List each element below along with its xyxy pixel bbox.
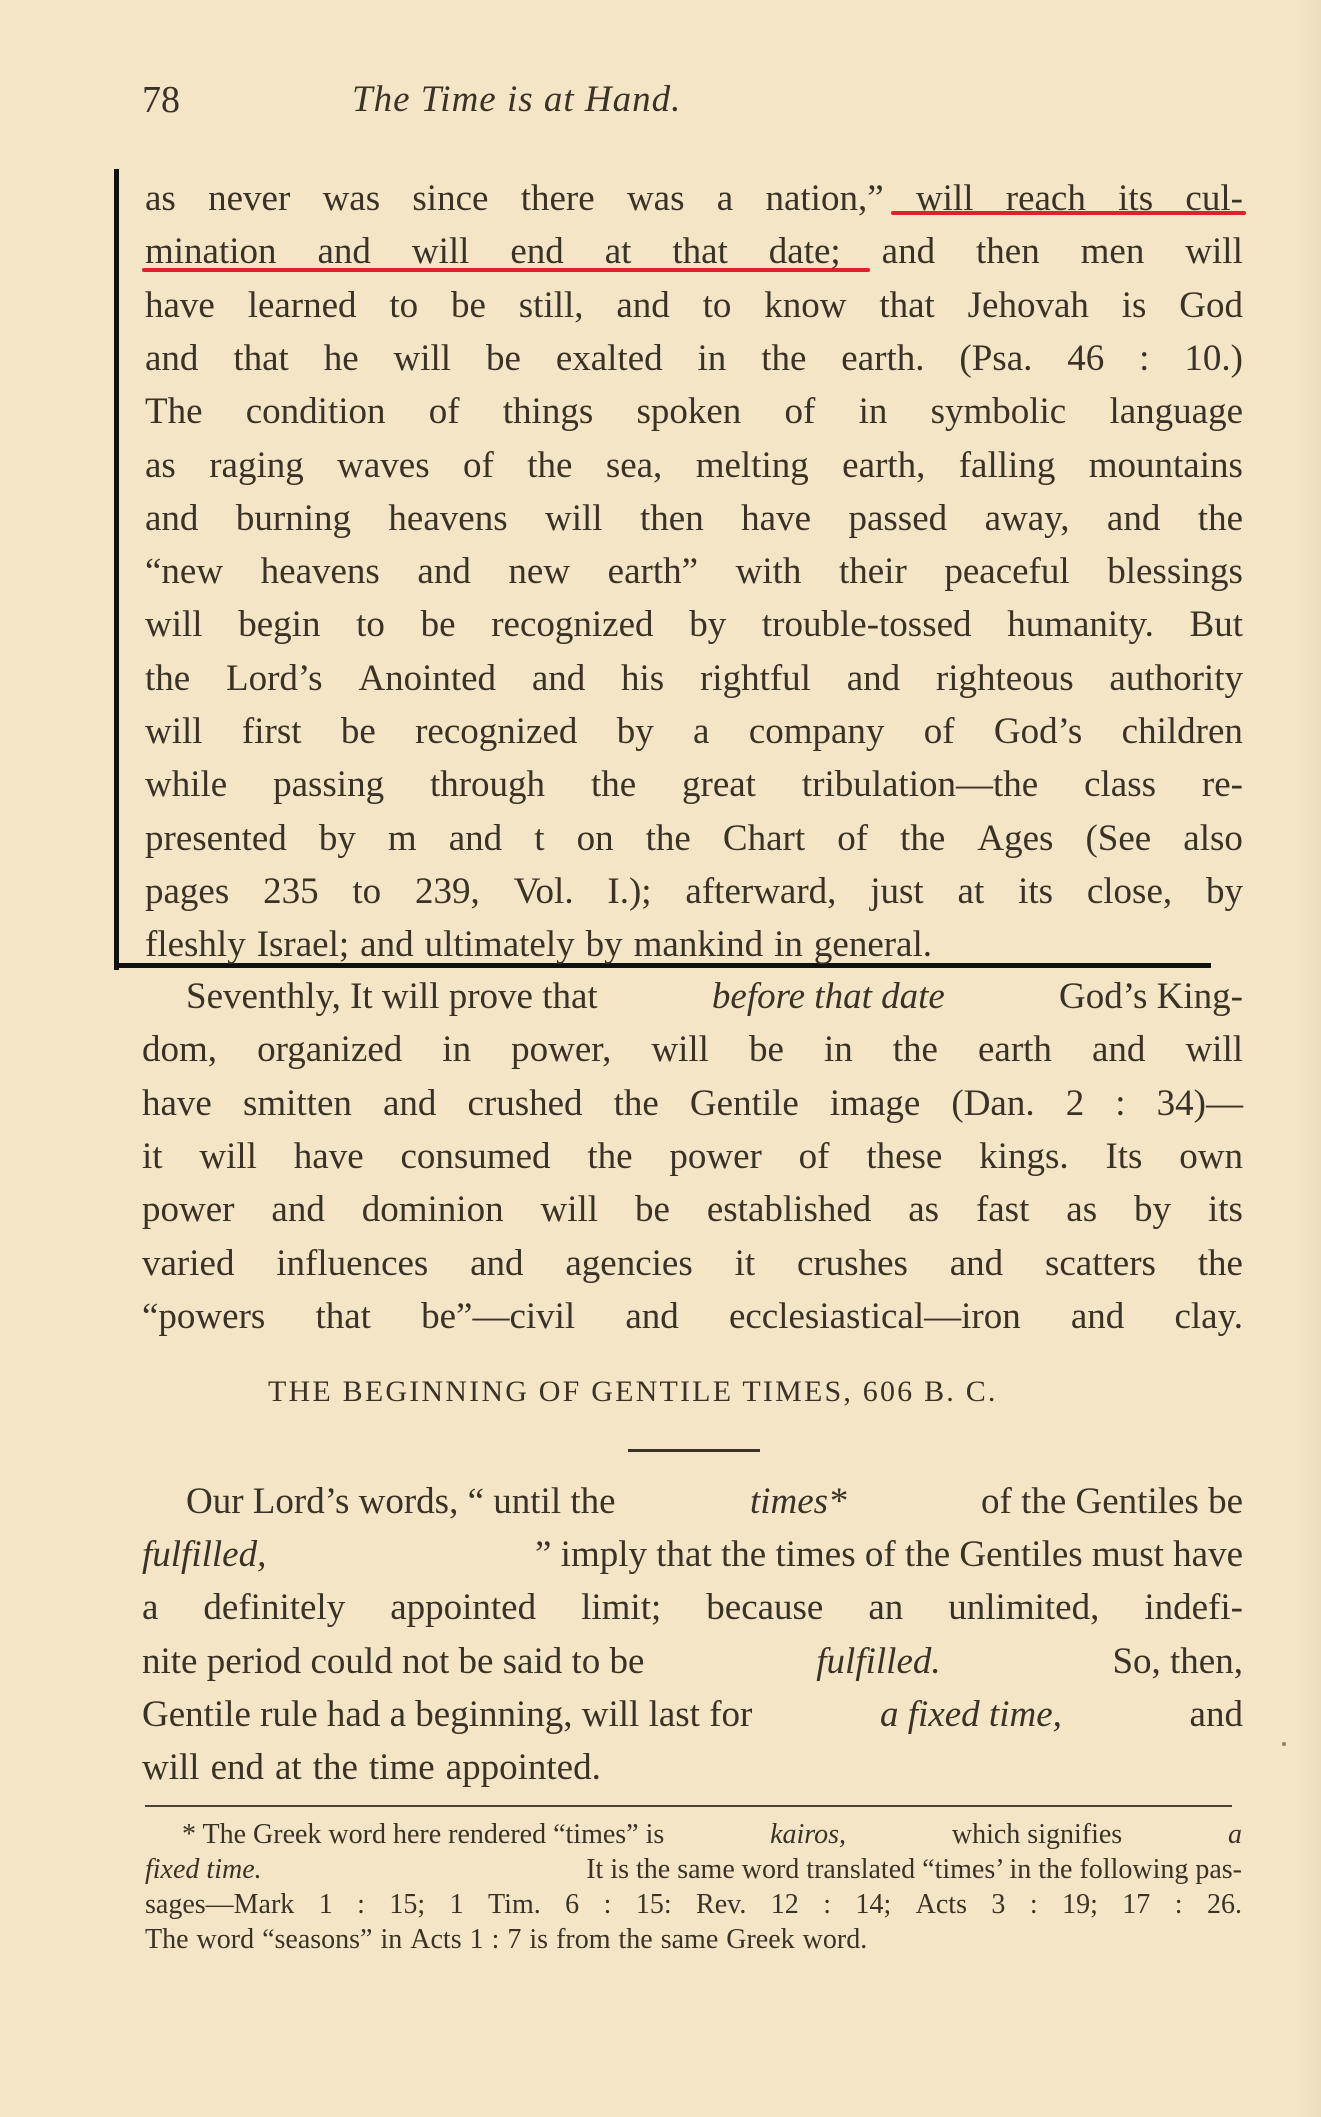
word: will xyxy=(199,1130,257,1184)
text-line: andthathewillbeexaltedintheearth.(Psa.46… xyxy=(145,332,1243,386)
word: Chart xyxy=(723,812,805,866)
word: earth, xyxy=(842,439,925,493)
text-run: and xyxy=(1190,1688,1243,1742)
word: condition xyxy=(246,385,386,439)
word: will xyxy=(541,1183,599,1237)
word: “seasons” xyxy=(262,1922,372,1958)
word: earth. xyxy=(841,332,924,386)
word: be xyxy=(421,598,456,652)
text-line: adefinitelyappointedlimit;becauseanunlim… xyxy=(142,1581,1243,1635)
word: have xyxy=(294,1130,364,1184)
word: 7 xyxy=(507,1922,521,1958)
word: Ages xyxy=(977,812,1053,866)
word: earth” xyxy=(608,545,698,599)
word: date; xyxy=(769,225,841,279)
word: Rev. xyxy=(696,1887,746,1923)
text-line: Seventhly, It will prove that before tha… xyxy=(186,970,1243,1024)
word: be xyxy=(635,1183,670,1237)
word: t xyxy=(534,812,544,866)
word: : xyxy=(1115,1077,1125,1131)
word: : xyxy=(823,1887,831,1923)
section-divider-rule xyxy=(628,1449,760,1452)
word: heavens xyxy=(261,545,380,599)
word: own xyxy=(1179,1130,1243,1184)
word: still, xyxy=(519,279,584,333)
word: mountains xyxy=(1089,439,1243,493)
word: close, xyxy=(1087,865,1172,919)
word: recognized xyxy=(491,598,653,652)
word: reach xyxy=(1006,172,1086,226)
word: varied xyxy=(142,1237,234,1291)
word: be xyxy=(749,1023,784,1077)
word: of xyxy=(799,1130,830,1184)
word: dom, xyxy=(142,1023,217,1077)
paper-speck xyxy=(1282,1742,1286,1746)
text-line: fulfilled, ” imply that the times of the… xyxy=(142,1528,1243,1582)
word: Acts xyxy=(410,1922,461,1958)
word: 235 xyxy=(263,865,319,919)
word: and xyxy=(317,225,370,279)
word: will xyxy=(1185,1023,1243,1077)
text-line: pages235to239,Vol.I.);afterward,justatit… xyxy=(145,865,1243,919)
word: limit; xyxy=(581,1581,661,1635)
word: 26. xyxy=(1207,1887,1242,1923)
word: pages xyxy=(145,865,229,919)
word: 14; xyxy=(855,1887,891,1923)
word: sages—Mark xyxy=(145,1887,294,1923)
word: at xyxy=(275,1741,302,1795)
bracket-annotation-vertical xyxy=(114,169,119,970)
word: company xyxy=(749,705,885,759)
text-run: nite period could not be said to be xyxy=(142,1635,644,1689)
word: : xyxy=(1030,1887,1038,1923)
word: at xyxy=(958,865,985,919)
word: since xyxy=(412,172,488,226)
word: the xyxy=(313,1741,358,1795)
word: end xyxy=(211,1741,264,1795)
word: will xyxy=(142,1741,200,1795)
word: that xyxy=(315,1290,370,1344)
word: to xyxy=(703,279,732,333)
italic-emphasis: a xyxy=(1228,1817,1242,1853)
word: fleshly xyxy=(145,918,246,972)
text-line: asragingwavesofthesea,meltingearth,falli… xyxy=(145,439,1243,493)
section-heading: THE BEGINNING OF GENTILE TIMES, 606 B. C… xyxy=(268,1372,998,1412)
text-line: variedinfluencesandagenciesitcrushesands… xyxy=(142,1237,1243,1291)
word: 19; xyxy=(1062,1887,1098,1923)
word: will xyxy=(651,1023,709,1077)
word: the xyxy=(527,439,572,493)
text-line: willfirstberecognizedbyacompanyofGod’sch… xyxy=(145,705,1243,759)
word: was xyxy=(627,172,685,226)
word: will xyxy=(394,332,452,386)
word: that xyxy=(233,332,288,386)
text-line: “newheavensandnewearth”withtheirpeaceful… xyxy=(145,545,1243,599)
word: to xyxy=(352,865,381,919)
word: will xyxy=(1185,225,1243,279)
word: an xyxy=(868,1581,903,1635)
word: raging xyxy=(209,439,304,493)
word: through xyxy=(430,758,545,812)
word: begin xyxy=(238,598,320,652)
word: God’s xyxy=(994,705,1082,759)
word: 1 xyxy=(470,1922,484,1958)
word: its xyxy=(1018,865,1053,919)
word: the xyxy=(1198,492,1243,546)
word: in xyxy=(774,918,803,972)
word: crushed xyxy=(467,1077,582,1131)
page-edge-shadow xyxy=(1299,0,1321,2117)
word: men xyxy=(1081,225,1145,279)
word: then xyxy=(640,492,704,546)
page-number: 78 xyxy=(142,78,180,122)
word: But xyxy=(1190,598,1243,652)
word: the xyxy=(900,812,945,866)
word: by xyxy=(319,812,356,866)
word: dominion xyxy=(362,1183,504,1237)
word: authority xyxy=(1109,652,1243,706)
text-line: willbegintoberecognizedbytrouble-tossedh… xyxy=(145,598,1243,652)
word: clay. xyxy=(1174,1290,1242,1344)
word: because xyxy=(706,1581,823,1635)
word: and xyxy=(1107,492,1160,546)
word: smitten xyxy=(243,1077,352,1131)
word: it xyxy=(142,1130,163,1184)
text-line: andburningheavenswillthenhavepassedaway,… xyxy=(145,492,1243,546)
word: that xyxy=(672,225,727,279)
word: peaceful xyxy=(944,545,1069,599)
word: the xyxy=(591,758,636,812)
word: general. xyxy=(814,918,932,972)
word: the xyxy=(646,812,691,866)
text-line: poweranddominionwillbeestablishedasfasta… xyxy=(142,1183,1243,1237)
footnote-line: Theword“seasons”inActs1:7isfromthesameGr… xyxy=(145,1922,1242,1958)
word: Vol. xyxy=(514,865,574,919)
word: never xyxy=(208,172,290,226)
word: Anointed xyxy=(358,652,496,706)
word: word xyxy=(197,1922,255,1958)
word: earth xyxy=(978,1023,1052,1077)
text-line: nite period could not be said to be fulf… xyxy=(142,1635,1243,1689)
word: : xyxy=(1175,1887,1183,1923)
text-line: Theconditionofthingsspokenofinsymbolicla… xyxy=(145,385,1243,439)
word: 15; xyxy=(389,1887,425,1923)
word: humanity. xyxy=(1007,598,1154,652)
word: the xyxy=(893,1023,938,1077)
word: of xyxy=(429,385,460,439)
word: and xyxy=(145,332,198,386)
word: afterward, xyxy=(685,865,836,919)
word: first xyxy=(242,705,302,759)
text-run: of the Gentiles be xyxy=(981,1475,1243,1529)
word: and xyxy=(470,1237,523,1291)
word: will xyxy=(545,492,603,546)
word: from xyxy=(556,1922,610,1958)
word: agencies xyxy=(565,1237,692,1291)
footnote-rule xyxy=(145,1805,1232,1807)
word: in xyxy=(442,1023,471,1077)
word: and xyxy=(383,1077,436,1131)
word: have xyxy=(145,279,215,333)
text-line: presentedbymandtontheChartoftheAges(Seea… xyxy=(145,812,1243,866)
word: unlimited, xyxy=(948,1581,1099,1635)
word: “new xyxy=(145,545,223,599)
text-run: It is the same word translated “times’ i… xyxy=(586,1852,1242,1888)
word: 46 xyxy=(1067,332,1104,386)
word: the xyxy=(1198,1237,1243,1291)
word: these xyxy=(866,1130,942,1184)
text-line: “powersthatbe”—civilandecclesiastical—ir… xyxy=(142,1290,1243,1344)
word: is xyxy=(529,1922,548,1958)
word: waves xyxy=(337,439,429,493)
word: the xyxy=(145,652,190,706)
word: in xyxy=(380,1922,402,1958)
word: with xyxy=(736,545,802,599)
word: the xyxy=(614,1077,659,1131)
word: cul- xyxy=(1185,172,1243,226)
word: of xyxy=(785,385,816,439)
text-line: whilepassingthroughthegreattribulation—t… xyxy=(145,758,1243,812)
text-run: So, then, xyxy=(1112,1635,1243,1689)
word: things xyxy=(503,385,593,439)
word: and xyxy=(449,812,502,866)
word: be xyxy=(486,332,521,386)
word: I.); xyxy=(607,865,651,919)
word: of xyxy=(924,705,955,759)
word: was xyxy=(323,172,381,226)
word: will xyxy=(412,225,470,279)
word: 12 xyxy=(771,1887,799,1923)
word: by xyxy=(617,705,654,759)
word: he xyxy=(324,332,359,386)
word: 2 xyxy=(1066,1077,1085,1131)
word: learned xyxy=(248,279,357,333)
text-run: Gentile rule had a beginning, will last … xyxy=(142,1688,752,1742)
word: The xyxy=(145,385,203,439)
text-line: itwillhaveconsumedthepowerofthesekings.I… xyxy=(142,1130,1243,1184)
word: recognized xyxy=(415,705,577,759)
word: by xyxy=(1134,1183,1171,1237)
word: 1 xyxy=(319,1887,333,1923)
word: trouble-tossed xyxy=(762,598,972,652)
word: Lord’s xyxy=(226,652,323,706)
word: passing xyxy=(273,758,384,812)
word: be”—civil xyxy=(421,1290,575,1344)
word: to xyxy=(356,598,385,652)
word: organized xyxy=(257,1023,402,1077)
italic-emphasis: before that date xyxy=(712,970,945,1024)
word: : xyxy=(357,1887,365,1923)
word: Gentile xyxy=(690,1077,799,1131)
word: language xyxy=(1109,385,1243,439)
italic-emphasis: fulfilled, xyxy=(142,1528,266,1582)
word: class xyxy=(1084,758,1156,812)
text-line: Gentile rule had a beginning, will last … xyxy=(142,1688,1243,1742)
running-title: The Time is at Hand. xyxy=(352,78,681,121)
word: Jehovah xyxy=(968,279,1089,333)
text-line: asneverwassincetherewasanation,”willreac… xyxy=(145,172,1243,226)
word: by xyxy=(1206,865,1243,919)
text-run: * The Greek word here rendered “times” i… xyxy=(182,1817,664,1853)
word: “powers xyxy=(142,1290,265,1344)
word: 15: xyxy=(636,1887,672,1923)
text-line: fleshlyIsrael;andultimatelybymankindinge… xyxy=(145,918,1243,972)
word: blessings xyxy=(1107,545,1243,599)
word: the xyxy=(761,332,806,386)
word: its xyxy=(1118,172,1153,226)
word: by xyxy=(689,598,726,652)
footnote-line: * The Greek word here rendered “times” i… xyxy=(182,1817,1242,1853)
word: their xyxy=(839,545,907,599)
word: symbolic xyxy=(931,385,1067,439)
text-line: havelearnedtobestill,andtoknowthatJehova… xyxy=(145,279,1243,333)
word: 17 xyxy=(1122,1887,1150,1923)
italic-emphasis: a fixed time, xyxy=(880,1688,1062,1742)
text-run: Seventhly, It will prove that xyxy=(186,970,598,1024)
word: as xyxy=(908,1183,939,1237)
word: image xyxy=(830,1077,920,1131)
word: power xyxy=(142,1183,234,1237)
italic-emphasis: fulfilled. xyxy=(816,1635,940,1689)
word: to xyxy=(389,279,418,333)
footnote-line: fixed time. It is the same word translat… xyxy=(145,1852,1242,1888)
word: crushes xyxy=(797,1237,908,1291)
word: mination xyxy=(145,225,277,279)
word: fast xyxy=(976,1183,1029,1237)
word: 3 xyxy=(991,1887,1005,1923)
word: be xyxy=(341,705,376,759)
word: The xyxy=(145,1922,189,1958)
word: will xyxy=(916,172,974,226)
word: same xyxy=(661,1922,719,1958)
word: 10.) xyxy=(1184,332,1243,386)
word: and xyxy=(625,1290,678,1344)
word: Israel; xyxy=(257,918,349,972)
word: passed xyxy=(848,492,947,546)
word: in xyxy=(859,385,888,439)
word: will xyxy=(145,705,203,759)
word: 34)— xyxy=(1157,1077,1243,1131)
word: word. xyxy=(803,1922,868,1958)
word: as xyxy=(145,172,176,226)
word: then xyxy=(976,225,1040,279)
word: power xyxy=(669,1130,761,1184)
word: its xyxy=(1208,1183,1243,1237)
word: his xyxy=(621,652,664,706)
word: established xyxy=(707,1183,871,1237)
word: and xyxy=(417,545,470,599)
footnote-line: sages—Mark1:15;1Tim.6:15:Rev.12:14;Acts3… xyxy=(145,1887,1242,1923)
italic-emphasis: kairos, xyxy=(770,1817,846,1853)
word: exalted xyxy=(556,332,663,386)
word: (Dan. xyxy=(951,1077,1034,1131)
word: mankind xyxy=(634,918,763,972)
text-line: minationandwillendatthatdate;andthenmenw… xyxy=(145,225,1243,279)
word: Acts xyxy=(916,1887,967,1923)
word: burning xyxy=(236,492,351,546)
word: (Psa. xyxy=(959,332,1032,386)
text-run: which signifies xyxy=(952,1817,1122,1853)
word: and xyxy=(1071,1290,1124,1344)
word: kings. xyxy=(979,1130,1068,1184)
word: falling xyxy=(959,439,1056,493)
word: as xyxy=(1066,1183,1097,1237)
word: power, xyxy=(511,1023,611,1077)
word: righteous xyxy=(936,652,1074,706)
word: there xyxy=(521,172,595,226)
word: appointed. xyxy=(446,1741,601,1795)
word: (See xyxy=(1085,812,1151,866)
word: 6 xyxy=(565,1887,579,1923)
word: Tim. xyxy=(488,1887,541,1923)
word: and xyxy=(950,1237,1003,1291)
word: that xyxy=(879,279,934,333)
word: m xyxy=(388,812,417,866)
word: : xyxy=(604,1887,612,1923)
word: while xyxy=(145,758,227,812)
text-line: dom,organizedinpower,willbeintheearthand… xyxy=(142,1023,1243,1077)
word: in xyxy=(698,332,727,386)
word: indefi- xyxy=(1144,1581,1243,1635)
word: nation,” xyxy=(765,172,883,226)
text-line: havesmittenandcrushedtheGentileimage(Dan… xyxy=(142,1077,1243,1131)
word: a xyxy=(142,1581,158,1635)
word: time xyxy=(369,1741,435,1795)
word: sea, xyxy=(606,439,663,493)
word: away, xyxy=(985,492,1070,546)
word: and xyxy=(360,918,413,972)
word: 1 xyxy=(450,1887,464,1923)
word: end xyxy=(510,225,563,279)
word: children xyxy=(1122,705,1243,759)
word: will xyxy=(145,598,203,652)
word: melting xyxy=(696,439,809,493)
word: and xyxy=(616,279,669,333)
word: and xyxy=(145,492,198,546)
word: as xyxy=(145,439,176,493)
word: scatters xyxy=(1045,1237,1156,1291)
italic-emphasis: fixed time. xyxy=(145,1852,262,1888)
word: a xyxy=(693,705,709,759)
word: of xyxy=(837,812,868,866)
word: new xyxy=(508,545,570,599)
text-run: God’s King- xyxy=(1059,970,1243,1024)
text-run: Our Lord’s words, “ until the xyxy=(186,1475,616,1529)
text-run: ” imply that the times of the Gentiles m… xyxy=(535,1528,1243,1582)
word: the xyxy=(587,1130,632,1184)
word: in xyxy=(824,1023,853,1077)
word: and xyxy=(882,225,935,279)
word: rightful xyxy=(700,652,811,706)
word: definitely xyxy=(203,1581,345,1635)
word: ecclesiastical—iron xyxy=(729,1290,1021,1344)
word: : xyxy=(492,1922,500,1958)
word: 239, xyxy=(415,865,480,919)
word: by xyxy=(586,918,623,972)
text-line: willendatthetimeappointed. xyxy=(142,1741,1243,1795)
word: re- xyxy=(1202,758,1243,812)
word: just xyxy=(870,865,923,919)
word: ultimately xyxy=(425,918,575,972)
word: be xyxy=(451,279,486,333)
word: at xyxy=(605,225,632,279)
word: and xyxy=(532,652,585,706)
word: the xyxy=(619,1922,653,1958)
word: appointed xyxy=(390,1581,536,1635)
word: know xyxy=(764,279,846,333)
word: : xyxy=(1139,332,1149,386)
word: tribulation—the xyxy=(802,758,1038,812)
